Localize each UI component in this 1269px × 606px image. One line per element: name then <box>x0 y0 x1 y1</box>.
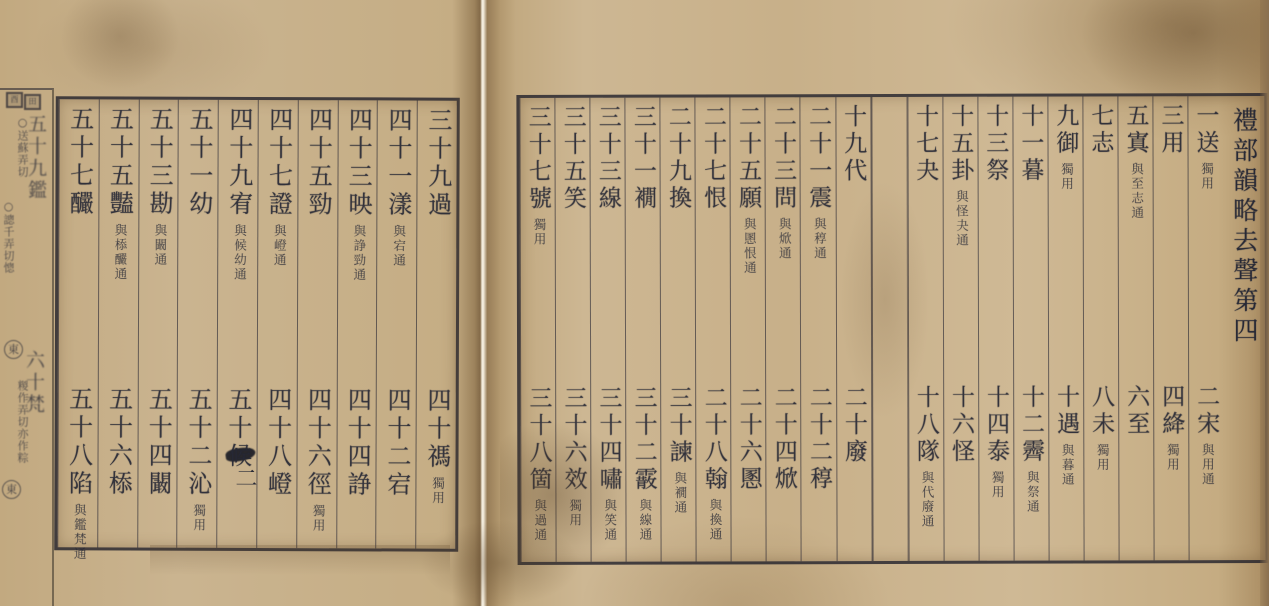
rhyme-entry: 七志 <box>1083 103 1117 157</box>
usage-note: 與線通 <box>636 498 654 542</box>
rhyme-entry: 六至 <box>1119 384 1153 438</box>
rhyme-name: 十一暮 <box>1017 104 1043 185</box>
rhyme-entry: 三十二霰與線通 <box>626 385 660 542</box>
rhyme-entry: 十遇與暮通 <box>1049 384 1083 487</box>
rhyme-name: 四十六徑 <box>303 387 331 499</box>
rhyme-entry: 二十一震與稕通 <box>801 104 835 261</box>
rhyme-column: 四十五勁四十六徑獨用 <box>296 100 337 548</box>
rhyme-column: 二十五願與慁恨通二十六慁 <box>730 97 766 561</box>
rhyme-entry: 二十二稕 <box>802 385 836 493</box>
stamp-mark: 酉 <box>6 92 23 108</box>
rhyme-column: 七志八未獨用 <box>1082 96 1118 560</box>
rhyme-name: 八未 <box>1088 384 1114 438</box>
rhyme-entry: 三十四嘯與笑通 <box>591 385 625 542</box>
rhyme-name: 三十八箇 <box>525 386 551 494</box>
rhyme-name: 四絳 <box>1158 384 1184 438</box>
rhyme-name: 十遇 <box>1053 384 1079 438</box>
rhyme-entry: 二十六慁 <box>732 385 766 493</box>
rhyme-entry: 十九代 <box>836 104 870 185</box>
rhyme-entry: 五十五豔與㮇釅通 <box>99 106 138 281</box>
usage-note: 與嶝通 <box>270 224 288 268</box>
rhyme-name: 三十一襉 <box>630 105 656 213</box>
circled-character: 東 <box>2 480 21 499</box>
rhyme-name: 五十一幼 <box>185 107 213 219</box>
usage-note: 獨用 <box>530 218 548 247</box>
strip-entry-text: 糉作弄切亦作粽 <box>14 380 30 464</box>
rhyme-name: 二十廢 <box>841 385 867 466</box>
book-title: 禮部韻略去聲第四 <box>1225 103 1262 347</box>
rhyme-name: 十三祭 <box>982 104 1008 185</box>
rhyme-entry: 四十一漾與宕通 <box>378 107 417 268</box>
rhyme-entry: 二十三問與焮通 <box>766 104 800 261</box>
usage-note: 獨用 <box>1057 163 1075 192</box>
usage-note: 與稕通 <box>810 217 828 261</box>
rhyme-name: 五十三勘 <box>145 107 173 219</box>
rhyme-name: 二十五願 <box>735 104 761 212</box>
rhyme-name: 四十三映 <box>344 107 372 219</box>
rhyme-name: 四十一漾 <box>384 107 412 219</box>
rhyme-entry: 四十七證與嶝通 <box>258 107 297 268</box>
rhyme-name: 十四泰 <box>983 384 1009 465</box>
rhyme-entry: 四十四諍 <box>337 387 376 499</box>
rhyme-entry: 十二霽與祭通 <box>1014 384 1048 514</box>
rhyme-column: 三十五笑三十六效獨用 <box>555 98 591 562</box>
rhyme-name: 五十候 <box>224 387 252 471</box>
usage-note: 與諍勁通 <box>350 224 368 282</box>
rhyme-entry: 五十三勘與闞通 <box>139 107 178 268</box>
rhyme-entry: 三十九過 <box>418 108 457 220</box>
rhyme-name: 四十九宥 <box>225 107 253 219</box>
rhyme-column: 四十七證與嶝通四十八嶝 <box>256 100 297 548</box>
rhyme-entry: 三十三線 <box>591 105 625 213</box>
rhyme-column: 十九代二十廢 <box>835 97 871 561</box>
rhyme-name: 五十五豔 <box>105 106 133 218</box>
rhyme-column: 二十三問與焮通二十四焮 <box>765 97 801 561</box>
rhyme-name: 十二霽 <box>1018 384 1044 465</box>
rhyme-name: 五十八陷 <box>64 386 92 498</box>
rhyme-entry: 五十六㮇 <box>98 386 137 498</box>
rhyme-column: 十一暮十二霽與祭通 <box>1012 97 1048 561</box>
rhyme-name: 一送 <box>1192 103 1218 157</box>
rhyme-column: 五十一幼五十二沁獨用 <box>177 100 218 548</box>
rhyme-column: 三十七號獨用三十八箇與過通 <box>520 98 556 562</box>
right-page-frame: 禮部韻略去聲第四 一送獨用二宋與用通三用四絳獨用五寘與至志通六至七志八未獨用九御… <box>516 93 1268 565</box>
rhyme-entry: 二十五願與慁恨通 <box>731 104 765 275</box>
rhyme-name: 五十四闞 <box>144 386 172 498</box>
rhyme-column: 三十九過四十禡獨用 <box>415 101 456 549</box>
rhyme-column: 二十九換三十諫與襉通 <box>660 98 696 562</box>
rhyme-entry: 三十六效獨用 <box>556 385 590 527</box>
rhyme-name: 二十六慁 <box>736 385 762 493</box>
page-edge <box>1260 0 1269 606</box>
rhyme-name: 十六怪 <box>948 384 974 465</box>
rhyme-column: 十七夬十八隊與代廢通 <box>907 97 943 561</box>
rhyme-name: 五十二沁 <box>184 386 212 498</box>
rhyme-column: 五十五豔與㮇釅通五十六㮇 <box>97 99 138 547</box>
circled-character: 東 <box>4 340 23 359</box>
rhyme-name: 三十九過 <box>424 108 452 220</box>
usage-note: 獨用 <box>988 470 1006 499</box>
usage-note: 與㮇釅通 <box>111 223 129 281</box>
rhyme-name: 二宋 <box>1193 384 1219 438</box>
rhyme-column: 五寘與至志通六至 <box>1117 96 1153 560</box>
rhyme-column: 五十七釅五十八陷與鑑梵通 <box>57 99 98 547</box>
rhyme-name: 十九代 <box>840 104 866 185</box>
rhyme-entry: 五十八陷與鑑梵通 <box>58 386 97 561</box>
rhyme-entry: 二十四焮 <box>767 385 801 493</box>
rhyme-name: 三十四嘯 <box>595 385 621 493</box>
rhyme-entry: 四十六徑獨用 <box>297 387 336 533</box>
rhyme-entry: 三十五笑 <box>556 105 590 213</box>
rhyme-column: 三十三線三十四嘯與笑通 <box>590 98 626 562</box>
rhyme-entry: 八未獨用 <box>1084 384 1118 472</box>
rhyme-column: 四十三映與諍勁通四十四諍 <box>336 100 377 548</box>
rhyme-name: 四十四諍 <box>343 387 371 499</box>
page-fold <box>452 0 516 606</box>
rhyme-entry: 三十七號獨用 <box>521 105 555 247</box>
blank-column <box>870 97 908 561</box>
strip-entry-text: ○送蘇弄切 <box>14 116 30 178</box>
usage-note: 獨用 <box>1093 443 1111 472</box>
usage-note: 與襉通 <box>671 471 689 515</box>
usage-note: 獨用 <box>1198 162 1216 191</box>
rhyme-entry: 二十廢 <box>837 385 871 466</box>
usage-note: 與暮通 <box>1058 443 1076 487</box>
rhyme-column: 二十七恨二十八翰與換通 <box>695 97 731 561</box>
usage-note: 與焮通 <box>775 217 793 261</box>
rhyme-entry: 四十三映與諍勁通 <box>338 107 377 282</box>
rhyme-entry: 二十八翰與換通 <box>696 385 730 542</box>
rhyme-column: 一送獨用二宋與用通 <box>1187 96 1223 560</box>
usage-note: 獨用 <box>429 476 447 505</box>
rhyme-entry: 三十八箇與過通 <box>521 386 555 543</box>
usage-note: 與換通 <box>706 498 724 542</box>
rhyme-name: 二十三問 <box>770 104 796 212</box>
rhyme-column: 三用四絳獨用 <box>1152 96 1188 560</box>
rhyme-entry: 十一暮 <box>1013 104 1047 185</box>
rhyme-entry: 三十諫與襉通 <box>661 385 695 515</box>
rhyme-name: 十七夬 <box>912 104 938 185</box>
usage-note: 與怪夬通 <box>952 190 970 248</box>
usage-note: 與祭通 <box>1023 470 1041 514</box>
usage-note: 與代廢通 <box>918 471 936 529</box>
rhyme-name: 二十四焮 <box>771 385 797 493</box>
rhyme-name: 三十五笑 <box>560 105 586 213</box>
rhyme-column: 四十一漾與宕通四十二宕 <box>376 100 417 548</box>
rhyme-entry: 四十五勁 <box>298 107 337 219</box>
rhyme-entry: 五十四闞 <box>138 386 177 498</box>
rhyme-entry: 四十禡獨用 <box>417 387 456 505</box>
rhyme-entry: 三十一襉 <box>626 105 660 213</box>
left-page-frame: 二 三十九過四十禡獨用四十一漾與宕通四十二宕四十三映與諍勁通四十四諍四十五勁四十… <box>54 96 460 551</box>
stamp-mark: 田 <box>24 94 41 110</box>
rhyme-name: 四十二宕 <box>383 387 411 499</box>
usage-note: 與笑通 <box>601 498 619 542</box>
usage-note: 與鑑梵通 <box>70 503 88 561</box>
rhyme-column: 五十三勘與闞通五十四闞 <box>137 100 178 548</box>
rhyme-entry: 九御獨用 <box>1048 104 1082 192</box>
usage-note: 與慁恨通 <box>740 217 758 275</box>
stain <box>60 0 180 90</box>
rhyme-entry: 四十八嶝 <box>257 387 296 499</box>
rhyme-name: 三用 <box>1157 103 1183 157</box>
rhyme-name: 四十七證 <box>264 107 292 219</box>
rhyme-entry: 十八隊與代廢通 <box>909 385 943 529</box>
rhyme-name: 三十二霰 <box>630 385 656 493</box>
rhyme-entry: 五十二沁獨用 <box>178 386 217 532</box>
rhyme-name: 九御 <box>1052 104 1078 158</box>
usage-note: 獨用 <box>566 498 584 527</box>
usage-note: 獨用 <box>1163 443 1181 472</box>
rhyme-entry: 五寘與至志通 <box>1118 103 1152 220</box>
rhyme-entry: 四十二宕 <box>377 387 416 499</box>
rhyme-entry: 四十九宥與候幼通 <box>218 107 257 282</box>
rhyme-entry: 二十九換 <box>661 105 695 213</box>
rhyme-name: 五十六㮇 <box>104 386 132 498</box>
usage-note: 與候幼通 <box>230 224 248 282</box>
rhyme-name: 四十八嶝 <box>263 387 291 499</box>
rhyme-entry: 十六怪 <box>944 384 978 465</box>
usage-note: 與闞通 <box>151 224 169 268</box>
rhyme-column: 四十九宥與候幼通五十候 <box>216 100 257 548</box>
rhyme-name: 七志 <box>1087 103 1113 157</box>
rhyme-name: 六至 <box>1123 384 1149 438</box>
usage-note: 獨用 <box>190 503 208 532</box>
usage-note: 與至志通 <box>1128 162 1146 220</box>
rhyme-entry: 二十七恨 <box>696 104 730 212</box>
rhyme-entry: 十五卦與怪夬通 <box>943 104 977 248</box>
rhyme-entry: 十四泰獨用 <box>979 384 1013 499</box>
rhyme-entry: 二宋與用通 <box>1189 384 1223 487</box>
rhyme-name: 五寘 <box>1122 103 1148 157</box>
usage-note: 獨用 <box>309 504 327 533</box>
rhyme-name: 三十諫 <box>666 385 692 466</box>
rhyme-entry: 五十候 <box>218 387 257 471</box>
rhyme-name: 四十五勁 <box>304 107 332 219</box>
rhyme-column: 十三祭十四泰獨用 <box>977 97 1013 561</box>
rhyme-name: 三十三線 <box>595 105 621 213</box>
rhyme-name: 十五卦 <box>947 104 973 185</box>
rhyme-column: 三十一襉三十二霰與線通 <box>625 98 661 562</box>
usage-note: 與用通 <box>1198 443 1216 487</box>
usage-note: 與宕通 <box>390 224 408 268</box>
rhyme-entry: 四絳獨用 <box>1154 384 1188 472</box>
usage-note: 與過通 <box>531 499 549 543</box>
rhyme-name: 四十禡 <box>423 387 451 471</box>
adjacent-page-strip: 酉 田 五十九鑑 六十梵 ○送蘇弄切 ○謥千弄切憁 糉作弄切亦作粽 東 東 <box>0 88 54 606</box>
rhyme-entry: 五十七釅 <box>59 106 98 218</box>
rhyme-name: 二十七恨 <box>700 104 726 212</box>
rhyme-column: 二十一震與稕通二十二稕 <box>800 97 836 561</box>
rhyme-name: 十八隊 <box>913 385 939 466</box>
rhyme-name: 二十一震 <box>805 104 831 212</box>
book-scan: 酉 田 五十九鑑 六十梵 ○送蘇弄切 ○謥千弄切憁 糉作弄切亦作粽 東 東 二 … <box>0 0 1269 606</box>
rhyme-column: 九御獨用十遇與暮通 <box>1047 97 1083 561</box>
rhyme-entry: 十七夬 <box>908 104 942 185</box>
rhyme-name: 二十九換 <box>665 105 691 213</box>
rhyme-name: 二十八翰 <box>701 385 727 493</box>
rhyme-name: 三十七號 <box>525 105 551 213</box>
rhyme-column: 十五卦與怪夬通十六怪 <box>942 97 978 561</box>
rhyme-entry: 五十一幼 <box>179 107 218 219</box>
rhyme-entry: 一送獨用 <box>1188 103 1222 191</box>
rhyme-name: 二十二稕 <box>806 385 832 493</box>
rhyme-entry: 十三祭 <box>978 104 1012 185</box>
rhyme-name: 五十七釅 <box>65 106 93 218</box>
rhyme-name: 三十六效 <box>560 385 586 493</box>
rhyme-entry: 三用 <box>1153 103 1187 157</box>
strip-entry-text: ○謥千弄切憁 <box>0 200 16 274</box>
